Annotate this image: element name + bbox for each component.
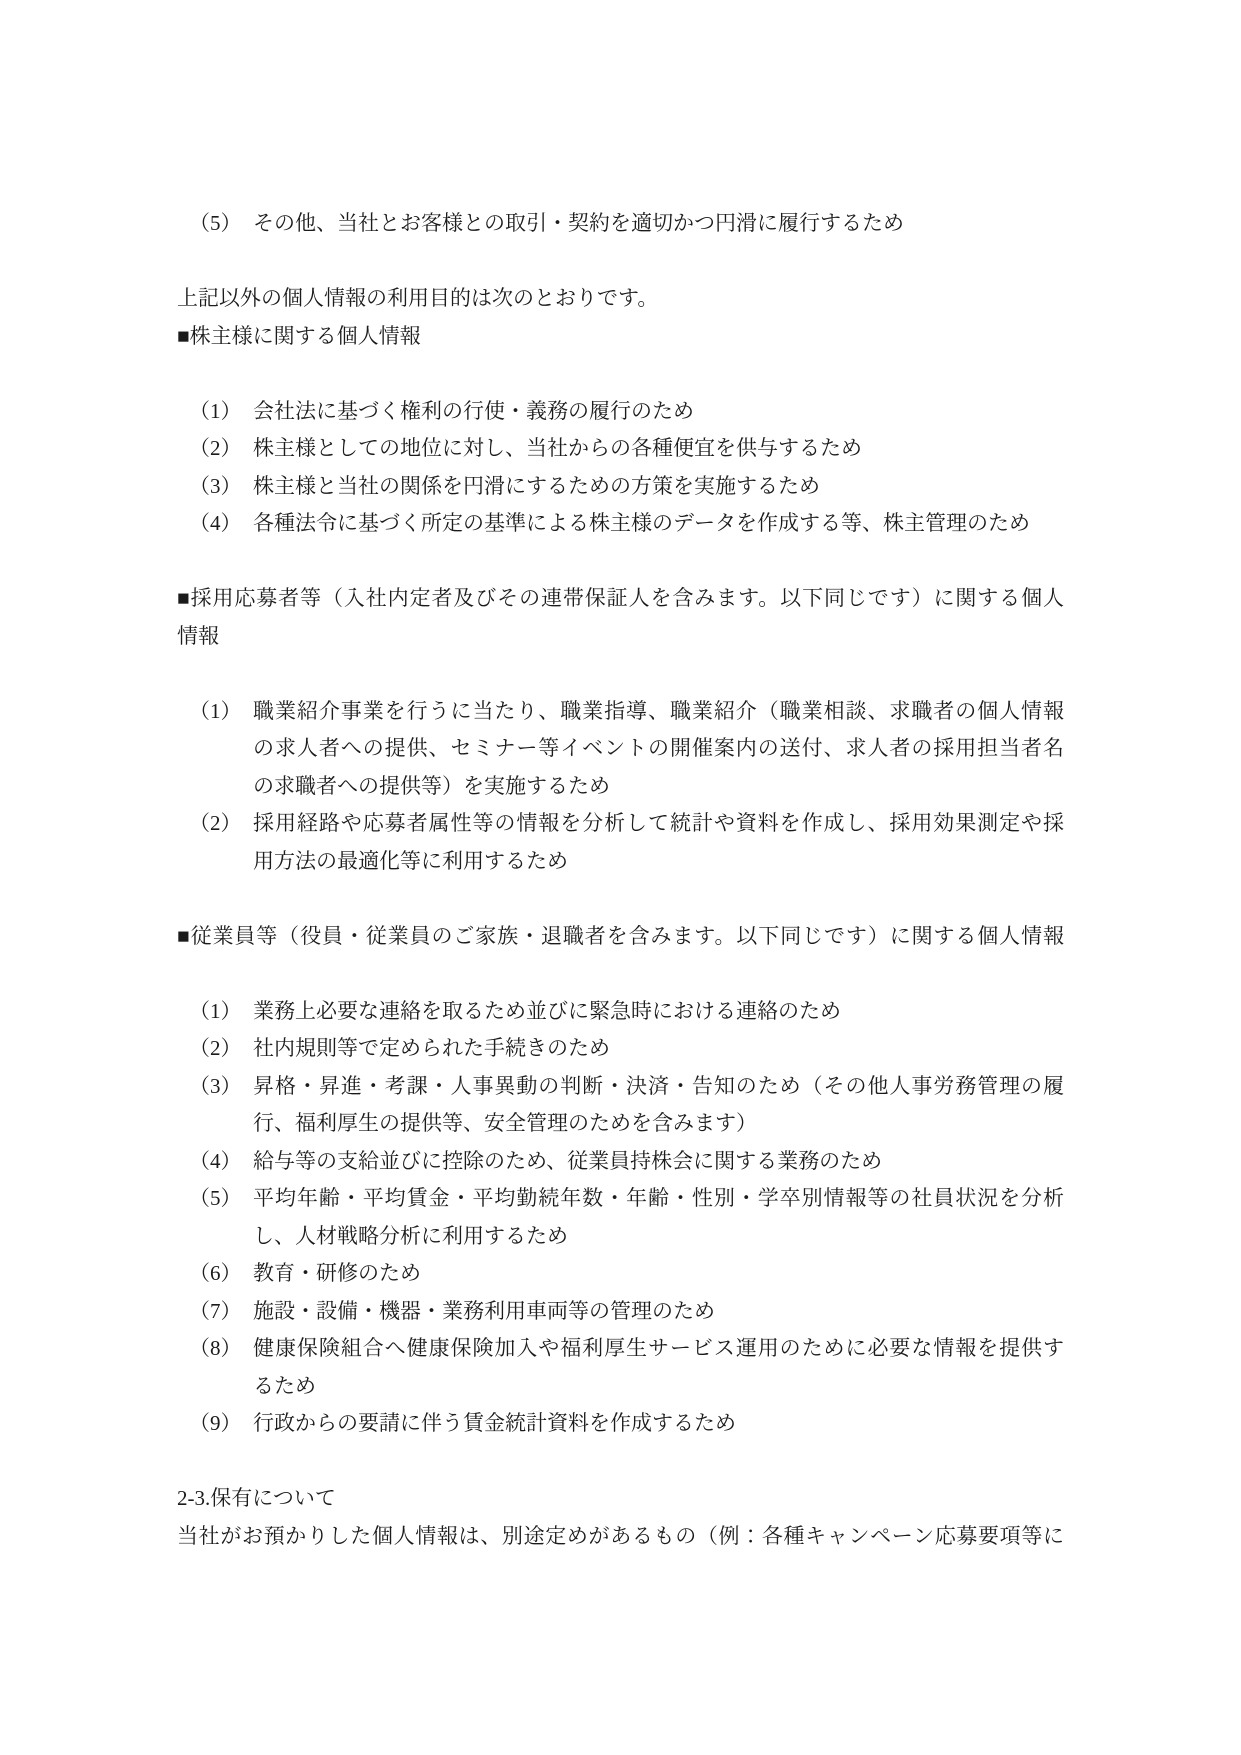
list-item-text: 施設・設備・機器・業務利用車両等の管理のため — [253, 1293, 1064, 1331]
list-item-text: 昇格・昇進・考課・人事異動の判断・決済・告知のため（その他人事労務管理の履行、福… — [253, 1068, 1064, 1143]
list-item-number: （3） — [177, 468, 253, 506]
list-item-number: （4） — [177, 1143, 253, 1181]
blank-line — [177, 655, 1064, 693]
paragraph: 当社がお預かりした個人情報は、別途定めがあるもの（例：各種キャンペーン応募要項等… — [177, 1518, 1064, 1556]
blank-line — [177, 955, 1064, 993]
list-item-number: （9） — [177, 1405, 253, 1443]
list-item: （4）給与等の支給並びに控除のため、従業員持株会に関する業務のため — [177, 1143, 1064, 1181]
list-item-text: 教育・研修のため — [253, 1255, 1064, 1293]
list-item-text: 行政からの要請に伴う賃金統計資料を作成するため — [253, 1405, 1064, 1443]
list-item: （7）施設・設備・機器・業務利用車両等の管理のため — [177, 1293, 1064, 1331]
blank-line — [177, 543, 1064, 581]
text-line: ■採用応募者等（入社内定者及びその連帯保証人を含みます。以下同じです）に関する個… — [177, 580, 1064, 618]
document-page: （5）その他、当社とお客様との取引・契約を適切かつ円滑に履行するため上記以外の個… — [0, 0, 1241, 1755]
blank-line — [177, 1443, 1064, 1481]
list-item-number: （2） — [177, 805, 253, 843]
section-heading: ■株主様に関する個人情報 — [177, 318, 1064, 356]
text-line: 当社がお預かりした個人情報は、別途定めがあるもの（例：各種キャンペーン応募要項等… — [177, 1518, 1064, 1556]
list-item-number: （1） — [177, 393, 253, 431]
list-item: （8）健康保険組合へ健康保険加入や福利厚生サービス運用のために必要な情報を提供す… — [177, 1330, 1064, 1405]
text-line: 用方法の最適化等に利用するため — [253, 843, 1064, 881]
text-line: 上記以外の個人情報の利用目的は次のとおりです。 — [177, 280, 1064, 318]
text-line: 施設・設備・機器・業務利用車両等の管理のため — [253, 1293, 1064, 1331]
text-line: 教育・研修のため — [253, 1255, 1064, 1293]
list-item-text: 採用経路や応募者属性等の情報を分析して統計や資料を作成し、採用効果測定や採用方法… — [253, 805, 1064, 880]
list-item-number: （1） — [177, 693, 253, 731]
list-item: （1）業務上必要な連絡を取るため並びに緊急時における連絡のため — [177, 993, 1064, 1031]
list-item-number: （7） — [177, 1293, 253, 1331]
text-line: 昇格・昇進・考課・人事異動の判断・決済・告知のため（その他人事労務管理の履 — [253, 1068, 1064, 1106]
text-line: その他、当社とお客様との取引・契約を適切かつ円滑に履行するため — [253, 205, 1064, 243]
text-line: の求人者への提供、セミナー等イベントの開催案内の送付、求人者の採用担当者名 — [253, 730, 1064, 768]
list-item-number: （2） — [177, 1030, 253, 1068]
text-line: 業務上必要な連絡を取るため並びに緊急時における連絡のため — [253, 993, 1064, 1031]
text-line: 2-3.保有について — [177, 1480, 1064, 1518]
text-line: 採用経路や応募者属性等の情報を分析して統計や資料を作成し、採用効果測定や採 — [253, 805, 1064, 843]
list-item-text: 業務上必要な連絡を取るため並びに緊急時における連絡のため — [253, 993, 1064, 1031]
text-line: し、人材戦略分析に利用するため — [253, 1218, 1064, 1256]
text-line: 情報 — [177, 618, 1064, 656]
list-item-text: 会社法に基づく権利の行使・義務の履行のため — [253, 393, 1064, 431]
list-item: （3）昇格・昇進・考課・人事異動の判断・決済・告知のため（その他人事労務管理の履… — [177, 1068, 1064, 1143]
list-item: （2）採用経路や応募者属性等の情報を分析して統計や資料を作成し、採用効果測定や採… — [177, 805, 1064, 880]
list-item-text: その他、当社とお客様との取引・契約を適切かつ円滑に履行するため — [253, 205, 1064, 243]
text-line: 会社法に基づく権利の行使・義務の履行のため — [253, 393, 1064, 431]
list-item: （3）株主様と当社の関係を円滑にするための方策を実施するため — [177, 468, 1064, 506]
blank-line — [177, 355, 1064, 393]
list-item: （6）教育・研修のため — [177, 1255, 1064, 1293]
text-line: 行、福利厚生の提供等、安全管理のためを含みます） — [253, 1105, 1064, 1143]
list-item: （5）その他、当社とお客様との取引・契約を適切かつ円滑に履行するため — [177, 205, 1064, 243]
list-item-text: 株主様としての地位に対し、当社からの各種便宜を供与するため — [253, 430, 1064, 468]
text-line: 健康保険組合へ健康保険加入や福利厚生サービス運用のために必要な情報を提供す — [253, 1330, 1064, 1368]
text-line: ■株主様に関する個人情報 — [177, 318, 1064, 356]
section-heading: 2-3.保有について — [177, 1480, 1064, 1518]
text-line: ■従業員等（役員・従業員のご家族・退職者を含みます。以下同じです）に関する個人情… — [177, 918, 1064, 956]
list-item-number: （5） — [177, 205, 253, 243]
list-item-number: （5） — [177, 1180, 253, 1218]
text-line: るため — [253, 1368, 1064, 1406]
privacy-policy-text-block: （5）その他、当社とお客様との取引・契約を適切かつ円滑に履行するため上記以外の個… — [177, 205, 1064, 1555]
list-item-number: （3） — [177, 1068, 253, 1106]
list-item-text: 平均年齢・平均賃金・平均勤続年数・年齢・性別・学卒別情報等の社員状況を分析し、人… — [253, 1180, 1064, 1255]
list-item-text: 株主様と当社の関係を円滑にするための方策を実施するため — [253, 468, 1064, 506]
text-line: の求職者への提供等）を実施するため — [253, 768, 1064, 806]
list-item-number: （4） — [177, 505, 253, 543]
list-item-text: 給与等の支給並びに控除のため、従業員持株会に関する業務のため — [253, 1143, 1064, 1181]
text-line: 株主様と当社の関係を円滑にするための方策を実施するため — [253, 468, 1064, 506]
section-heading: ■従業員等（役員・従業員のご家族・退職者を含みます。以下同じです）に関する個人情… — [177, 918, 1064, 956]
text-line: 株主様としての地位に対し、当社からの各種便宜を供与するため — [253, 430, 1064, 468]
list-item: （1）会社法に基づく権利の行使・義務の履行のため — [177, 393, 1064, 431]
text-line: 平均年齢・平均賃金・平均勤続年数・年齢・性別・学卒別情報等の社員状況を分析 — [253, 1180, 1064, 1218]
list-item-text: 社内規則等で定められた手続きのため — [253, 1030, 1064, 1068]
text-line: 社内規則等で定められた手続きのため — [253, 1030, 1064, 1068]
list-item: （2）社内規則等で定められた手続きのため — [177, 1030, 1064, 1068]
list-item-number: （1） — [177, 993, 253, 1031]
paragraph: 上記以外の個人情報の利用目的は次のとおりです。 — [177, 280, 1064, 318]
text-line: 給与等の支給並びに控除のため、従業員持株会に関する業務のため — [253, 1143, 1064, 1181]
list-item: （1）職業紹介事業を行うに当たり、職業指導、職業紹介（職業相談、求職者の個人情報… — [177, 693, 1064, 806]
list-item: （9）行政からの要請に伴う賃金統計資料を作成するため — [177, 1405, 1064, 1443]
list-item-number: （8） — [177, 1330, 253, 1368]
blank-line — [177, 880, 1064, 918]
list-item-text: 各種法令に基づく所定の基準による株主様のデータを作成する等、株主管理のため — [253, 505, 1064, 543]
blank-line — [177, 243, 1064, 281]
list-item-text: 健康保険組合へ健康保険加入や福利厚生サービス運用のために必要な情報を提供するため — [253, 1330, 1064, 1405]
list-item: （2）株主様としての地位に対し、当社からの各種便宜を供与するため — [177, 430, 1064, 468]
list-item-number: （2） — [177, 430, 253, 468]
list-item-number: （6） — [177, 1255, 253, 1293]
section-heading: ■採用応募者等（入社内定者及びその連帯保証人を含みます。以下同じです）に関する個… — [177, 580, 1064, 655]
text-line: 行政からの要請に伴う賃金統計資料を作成するため — [253, 1405, 1064, 1443]
list-item-text: 職業紹介事業を行うに当たり、職業指導、職業紹介（職業相談、求職者の個人情報の求人… — [253, 693, 1064, 806]
text-line: 職業紹介事業を行うに当たり、職業指導、職業紹介（職業相談、求職者の個人情報 — [253, 693, 1064, 731]
text-line: 各種法令に基づく所定の基準による株主様のデータを作成する等、株主管理のため — [253, 505, 1064, 543]
list-item: （5）平均年齢・平均賃金・平均勤続年数・年齢・性別・学卒別情報等の社員状況を分析… — [177, 1180, 1064, 1255]
list-item: （4）各種法令に基づく所定の基準による株主様のデータを作成する等、株主管理のため — [177, 505, 1064, 543]
